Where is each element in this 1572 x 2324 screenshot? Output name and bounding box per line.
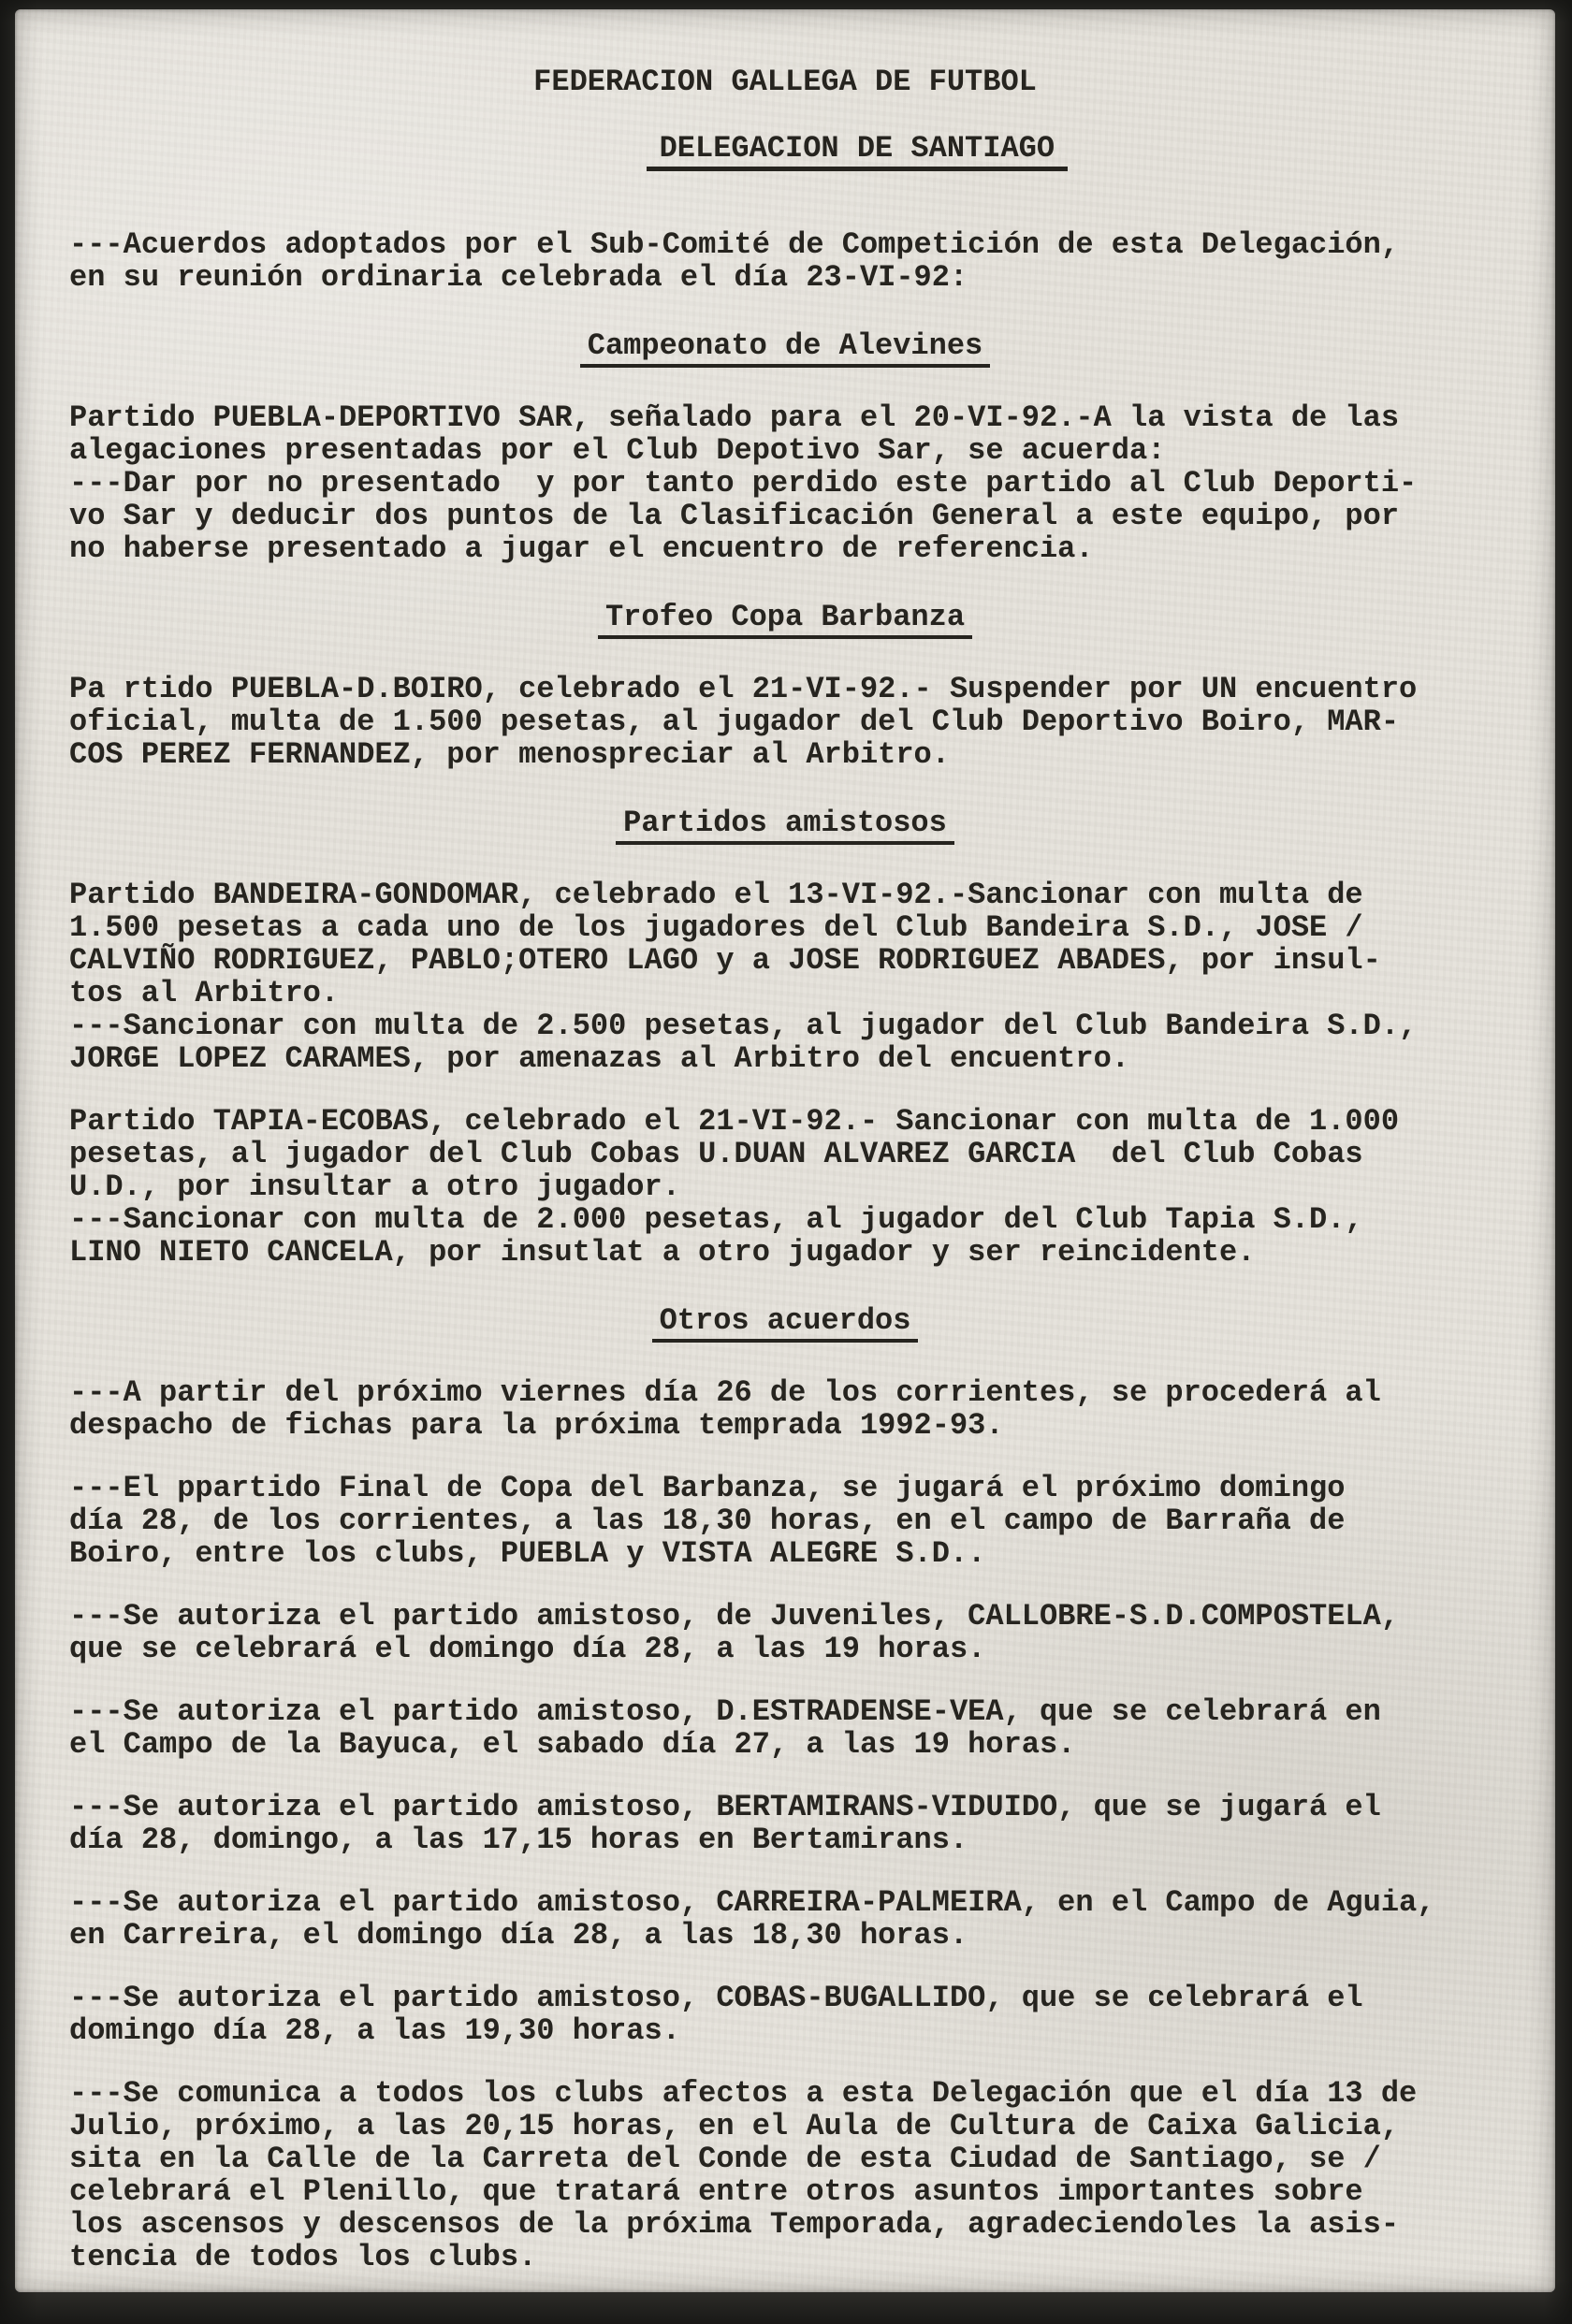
section-heading-text: Campeonato de Alevines — [580, 329, 990, 368]
body-paragraph: ---Se autoriza el partido amistoso, de J… — [69, 1600, 1501, 1665]
section-heading-text: Otros acuerdos — [652, 1304, 919, 1343]
document-subtitle-text: DELEGACION DE SANTIAGO — [647, 132, 1068, 171]
body-paragraph: ---El ppartido Final de Copa del Barbanz… — [69, 1472, 1501, 1570]
body-paragraph: ---A partir del próximo viernes día 26 d… — [69, 1376, 1501, 1442]
scan-background: FEDERACION GALLEGA DE FUTBOL DELEGACION … — [0, 0, 1572, 2324]
body-paragraph: ---Se autoriza el partido amistoso, CARR… — [69, 1886, 1501, 1952]
document-page: FEDERACION GALLEGA DE FUTBOL DELEGACION … — [15, 9, 1555, 2292]
body-paragraph: Pa rtido PUEBLA-D.BOIRO, celebrado el 21… — [69, 673, 1501, 771]
section-heading: Campeonato de Alevines — [69, 329, 1501, 368]
document-title: FEDERACION GALLEGA DE FUTBOL — [69, 65, 1501, 98]
body-paragraph: ---Se comunica a todos los clubs afectos… — [69, 2077, 1501, 2273]
body-paragraph: Partido TAPIA-ECOBAS, celebrado el 21-VI… — [69, 1105, 1501, 1269]
body-paragraph: ---Se autoriza el partido amistoso, D.ES… — [69, 1695, 1501, 1761]
section-heading: Partidos amistosos — [69, 806, 1501, 845]
body-paragraph: ---Se autoriza el partido amistoso, COBA… — [69, 1982, 1501, 2047]
body-paragraph: Partido BANDEIRA-GONDOMAR, celebrado el … — [69, 879, 1501, 1075]
document-header: FEDERACION GALLEGA DE FUTBOL DELEGACION … — [69, 65, 1501, 204]
document-sections: Campeonato de AlevinesPartido PUEBLA-DEP… — [69, 329, 1501, 2273]
section-heading: Trofeo Copa Barbanza — [69, 601, 1501, 639]
section-heading: Otros acuerdos — [69, 1304, 1501, 1343]
document-subtitle: DELEGACION DE SANTIAGO — [69, 99, 1501, 204]
body-paragraph: Partido PUEBLA-DEPORTIVO SAR, señalado p… — [69, 401, 1501, 565]
section-heading-text: Partidos amistosos — [616, 806, 954, 845]
section-heading-text: Trofeo Copa Barbanza — [598, 601, 972, 639]
body-paragraph: ---Se autoriza el partido amistoso, BERT… — [69, 1791, 1501, 1856]
intro-paragraph: ---Acuerdos adoptados por el Sub-Comité … — [69, 228, 1501, 294]
